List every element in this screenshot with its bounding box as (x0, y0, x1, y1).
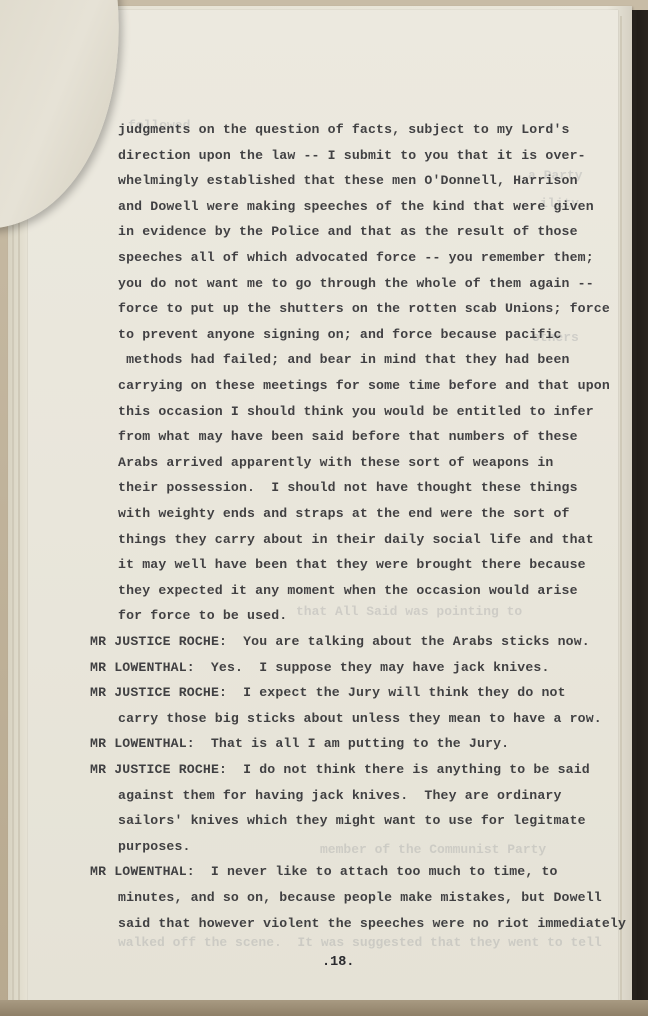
speaker-label: MR LOWENTHAL: (90, 736, 195, 751)
body-line: in evidence by the Police and that as th… (118, 224, 578, 239)
speech-line: You are talking about the Arabs sticks n… (243, 634, 590, 649)
transcript-text: followed a Party ility others that All S… (0, 0, 648, 1016)
speech-line: minutes, and so on, because people make … (118, 890, 602, 905)
speaker-label: MR LOWENTHAL: (90, 864, 195, 879)
body-line: methods had failed; and bear in mind tha… (118, 352, 570, 367)
body-line: and Dowell were making speeches of the k… (118, 199, 594, 214)
body-line: from what may have been said before that… (118, 429, 578, 444)
body-line: judgments on the question of facts, subj… (118, 122, 570, 137)
speech-line: That is all I am putting to the Jury. (211, 736, 509, 751)
body-line: they expected it any moment when the occ… (118, 583, 578, 598)
body-line: you do not want me to go through the who… (118, 276, 594, 291)
body-line: whelmingly established that these men O'… (118, 173, 578, 188)
speaker-label: MR JUSTICE ROCHE: (90, 685, 227, 700)
body-line: their possession. I should not have thou… (118, 480, 578, 495)
body-line: for force to be used. (118, 608, 287, 623)
body-line: with weighty ends and straps at the end … (118, 506, 570, 521)
speech-line: I never like to attach too much to time,… (211, 864, 558, 879)
speech-line: Yes. I suppose they may have jack knives… (211, 660, 550, 675)
speech-line: I do not think there is anything to be s… (243, 762, 590, 777)
body-line: speeches all of which advocated force --… (118, 250, 594, 265)
speech-line: against them for having jack knives. The… (118, 788, 562, 803)
bleed-through-text: member of the Communist Party (320, 842, 546, 857)
page-number: .18. (322, 955, 354, 970)
speaker-label: MR JUSTICE ROCHE: (90, 762, 227, 777)
body-line: carrying on these meetings for some time… (118, 378, 610, 393)
body-line: to prevent anyone signing on; and force … (118, 327, 562, 342)
body-line: things they carry about in their daily s… (118, 532, 594, 547)
speech-line: purposes. (118, 839, 191, 854)
speaker-label: MR LOWENTHAL: (90, 660, 195, 675)
body-line: Arabs arrived apparently with these sort… (118, 455, 553, 470)
bleed-through-text: that All Said was pointing to (296, 604, 522, 619)
speech-line: said that however violent the speeches w… (118, 916, 626, 931)
body-line: it may well have been that they were bro… (118, 557, 586, 572)
speech-line: sailors' knives which they might want to… (118, 813, 586, 828)
bleed-through-text: walked off the scene. It was suggested t… (118, 935, 602, 950)
speech-line: carry those big sticks about unless they… (118, 711, 602, 726)
body-line: this occasion I should think you would b… (118, 404, 594, 419)
body-line: direction upon the law -- I submit to yo… (118, 148, 586, 163)
speech-line: I expect the Jury will think they do not (243, 685, 566, 700)
speaker-label: MR JUSTICE ROCHE: (90, 634, 227, 649)
body-line: force to put up the shutters on the rott… (118, 301, 610, 316)
